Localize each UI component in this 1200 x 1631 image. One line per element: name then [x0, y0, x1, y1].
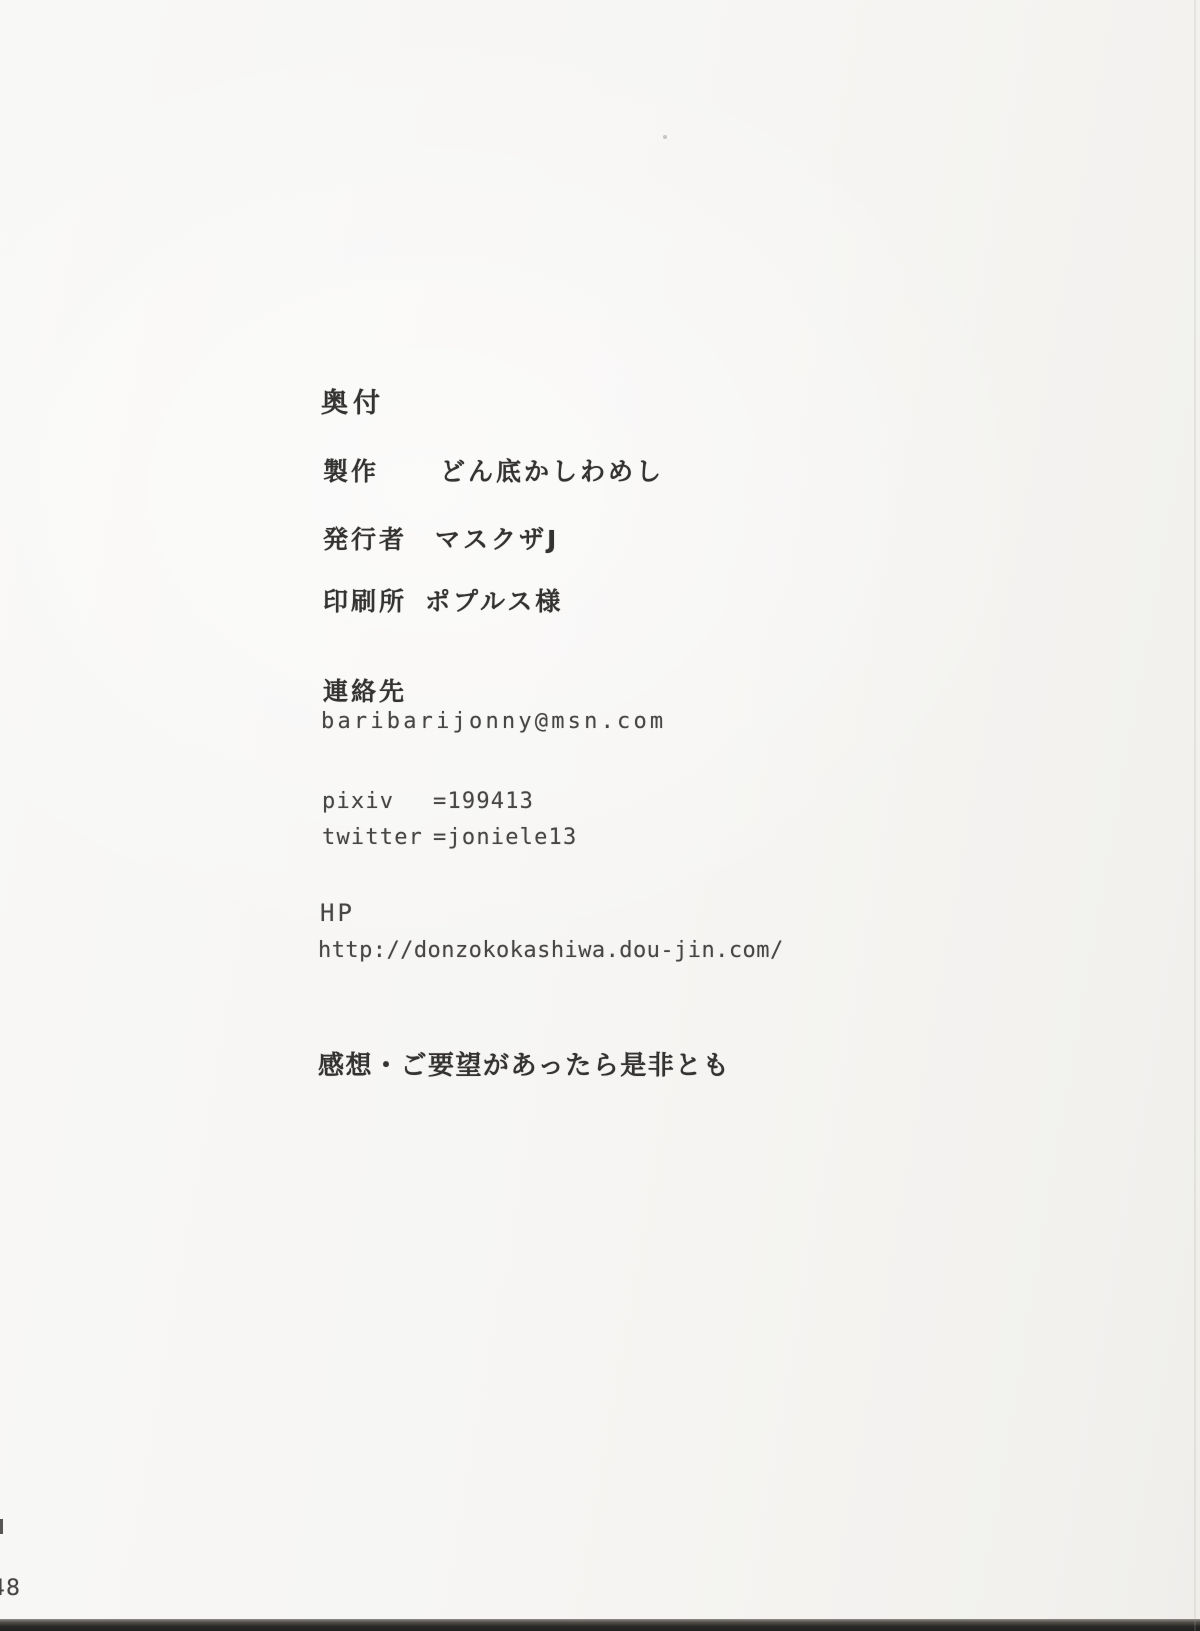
credit-row-production: 製作 どん底かしわめし: [323, 452, 664, 488]
account-handle-pixiv: =199413: [433, 789, 534, 814]
colophon-title: 奥付: [321, 381, 385, 420]
account-service-pixiv: pixiv: [322, 789, 433, 814]
website-heading: HP: [320, 899, 355, 927]
account-handle-twitter: =joniele13: [433, 825, 577, 850]
scan-edge-bottom: [0, 1619, 1200, 1631]
credit-value-production: どん底かしわめし: [440, 452, 664, 488]
credit-label-printer: 印刷所: [323, 582, 425, 618]
credit-value-publisher: マスクザJ: [435, 520, 559, 556]
page-number: 48: [0, 1576, 21, 1601]
credit-label-production: 製作: [323, 452, 440, 488]
credit-label-publisher: 発行者: [323, 520, 435, 556]
website-url: http://donzokokashiwa.dou-jin.com/: [318, 938, 784, 963]
credit-row-printer: 印刷所 ポプルス様: [323, 582, 563, 618]
scanned-colophon-page: 奥付 製作 どん底かしわめし 発行者 マスクザJ 印刷所 ポプルス様 連絡先 b…: [0, 0, 1200, 1631]
scan-artifact-left-edge: [0, 1519, 3, 1534]
credit-row-publisher: 発行者 マスクザJ: [323, 520, 559, 556]
account-row-twitter: twitter =joniele13: [322, 825, 577, 850]
account-row-pixiv: pixiv =199413: [322, 789, 534, 814]
scan-speck: [663, 135, 667, 139]
account-service-twitter: twitter: [322, 825, 433, 850]
contact-heading: 連絡先: [323, 672, 407, 708]
closing-note: 感想・ご要望があったら是非とも: [318, 1045, 730, 1082]
credit-value-printer: ポプルス様: [425, 582, 563, 618]
contact-email: baribarijonny@msn.com: [321, 709, 666, 734]
